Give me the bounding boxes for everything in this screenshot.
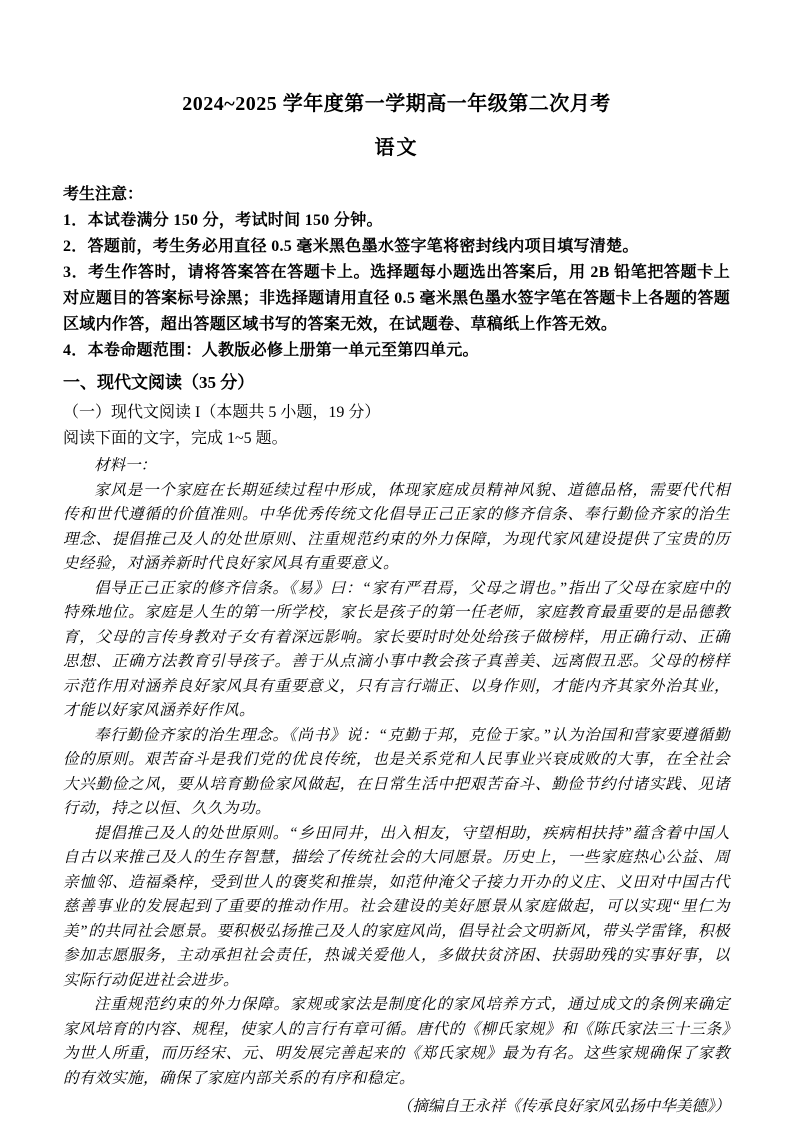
section-heading: 一、现代文阅读（35 分）: [63, 370, 730, 396]
material-paragraph: 家风是一个家庭在长期延续过程中形成，体现家庭成员精神风貌、道德品格，需要代代相传…: [63, 479, 730, 577]
section-subheading: （一）现代文阅读 I（本题共 5 小题，19 分）: [63, 400, 730, 426]
exam-paper-page: 2024~2025 学年度第一学期高一年级第二次月考 语文 考生注意： 1．本试…: [0, 0, 793, 1122]
material-paragraph: 注重规范约束的外力保障。家规或家法是制度化的家风培养方式，通过成文的条例来确定家…: [63, 993, 730, 1091]
material-one: 材料一： 家风是一个家庭在长期延续过程中形成，体现家庭成员精神风貌、道德品格，需…: [63, 454, 730, 1120]
material-paragraph: 倡导正己正家的修齐信条。《易》曰：“家有严君焉，父母之谓也。”指出了父母在家庭中…: [63, 577, 730, 724]
exam-subject: 语文: [63, 134, 730, 162]
notice-item-1: 1．本试卷满分 150 分，考试时间 150 分钟。: [63, 208, 730, 234]
reading-instruction: 阅读下面的文字，完成 1~5 题。: [63, 426, 730, 452]
notice-item-4: 4．本卷命题范围：人教版必修上册第一单元至第四单元。: [63, 338, 730, 364]
notice-heading: 考生注意：: [63, 182, 730, 208]
notice-item-2: 2．答题前，考生务必用直径 0.5 毫米黑色墨水签字笔将密封线内项目填写清楚。: [63, 234, 730, 260]
attribution: （摘编自王永祥《传承良好家风弘扬中华美德》）: [63, 1095, 730, 1120]
notice-item-3: 3．考生作答时，请将答案答在答题卡上。选择题每小题选出答案后，用 2B 铅笔把答…: [63, 260, 730, 338]
material-paragraph: 提倡推己及人的处世原则。“乡田同井，出入相友，守望相助，疾病相扶持”蕴含着中国人…: [63, 822, 730, 994]
notice-section: 考生注意： 1．本试卷满分 150 分，考试时间 150 分钟。 2．答题前，考…: [63, 182, 730, 364]
material-label: 材料一：: [63, 454, 730, 479]
material-paragraph: 奉行勤俭齐家的治生理念。《尚书》说：“克勤于邦，克俭于家。”认为治国和营家要遵循…: [63, 724, 730, 822]
exam-title: 2024~2025 学年度第一学期高一年级第二次月考: [63, 90, 730, 118]
